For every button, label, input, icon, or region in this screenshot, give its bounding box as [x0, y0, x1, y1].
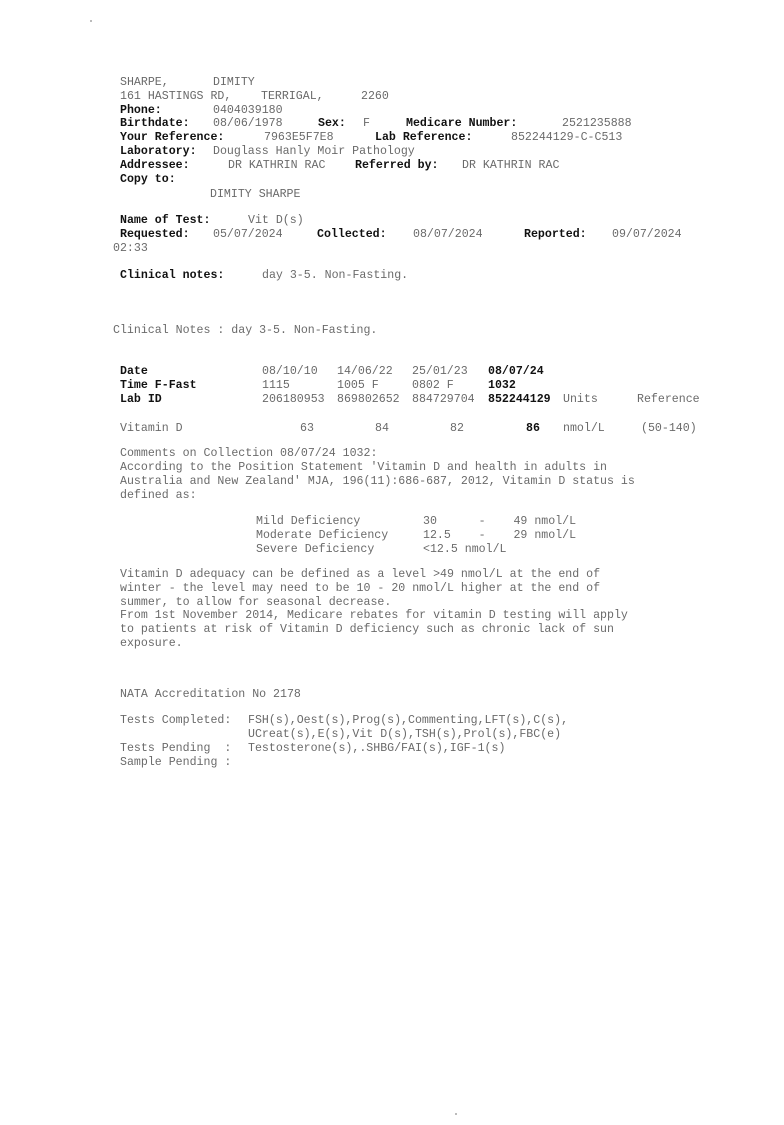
row-label-time: Time F-Fast: [120, 379, 197, 394]
clinical-notes-value: day 3-5. Non-Fasting.: [262, 269, 408, 284]
comments-intro-3: defined as:: [120, 489, 197, 504]
referred-by-value: DR KATHRIN RAC: [462, 159, 559, 174]
patient-given-name: DIMITY: [213, 76, 255, 91]
lab-reference-label: Lab Reference:: [375, 131, 472, 146]
tests-completed-1: FSH(s),Oest(s),Prog(s),Commenting,LFT(s)…: [248, 714, 568, 729]
col1-labid: 206180953: [262, 393, 325, 408]
col3-time: 0802 F: [412, 379, 454, 394]
address-postcode: 2260: [361, 90, 389, 105]
clinical-notes-line: Clinical Notes : day 3-5. Non-Fasting.: [113, 324, 377, 339]
adequacy-line-4: From 1st November 2014, Medicare rebates…: [120, 609, 628, 624]
deficiency-moderate-label: Moderate Deficiency: [256, 529, 388, 544]
adequacy-line-1: Vitamin D adequacy can be defined as a l…: [120, 568, 600, 583]
col1-value: 63: [300, 422, 314, 437]
units-value: nmol/L: [563, 422, 605, 437]
tests-completed-2: UCreat(s),E(s),Vit D(s),TSH(s),Prol(s),F…: [248, 728, 561, 743]
col2-time: 1005 F: [337, 379, 379, 394]
row-label-labid: Lab ID: [120, 393, 162, 408]
adequacy-line-2: winter - the level may need to be 10 - 2…: [120, 582, 600, 597]
birthdate-label: Birthdate:: [120, 117, 190, 132]
deficiency-moderate-range: 12.5 - 29 nmol/L: [423, 529, 576, 544]
requested-label: Requested:: [120, 228, 190, 243]
adequacy-line-5: to patients at risk of Vitamin D deficie…: [120, 623, 614, 638]
col2-date: 14/06/22: [337, 365, 393, 380]
addressee-value: DR KATHRIN RAC: [228, 159, 325, 174]
col3-labid: 884729704: [412, 393, 475, 408]
medicare-label: Medicare Number:: [406, 117, 517, 132]
deficiency-severe-label: Severe Deficiency: [256, 543, 374, 558]
col2-labid: 869802652: [337, 393, 400, 408]
reported-label: Reported:: [524, 228, 587, 243]
analyte-name: Vitamin D: [120, 422, 183, 437]
adequacy-line-6: exposure.: [120, 637, 183, 652]
copy-to-label: Copy to:: [120, 173, 176, 188]
your-reference-value: 7963E5F7E8: [264, 131, 334, 146]
deficiency-severe-range: <12.5 nmol/L: [423, 543, 507, 558]
deficiency-mild-label: Mild Deficiency: [256, 515, 360, 530]
collected-value: 08/07/2024: [413, 228, 483, 243]
nata-accreditation: NATA Accreditation No 2178: [120, 688, 301, 703]
col4-time: 1032: [488, 379, 516, 394]
referred-by-label: Referred by:: [355, 159, 439, 174]
laboratory-label: Laboratory:: [120, 145, 197, 160]
collected-label: Collected:: [317, 228, 387, 243]
comments-intro-1: According to the Position Statement 'Vit…: [120, 461, 607, 476]
laboratory-value: Douglass Hanly Moir Pathology: [213, 145, 415, 160]
scan-speck: [90, 20, 92, 22]
test-name-label: Name of Test:: [120, 214, 210, 229]
address-street: 161 HASTINGS RD,: [120, 90, 231, 105]
col4-value: 86: [526, 422, 540, 437]
col1-date: 08/10/10: [262, 365, 318, 380]
comments-heading: Comments on Collection 08/07/24 1032:: [120, 447, 377, 462]
tests-completed-label: Tests Completed:: [120, 714, 231, 729]
birthdate-value: 08/06/1978: [213, 117, 283, 132]
copy-to-value: DIMITY SHARPE: [210, 188, 300, 203]
col4-date: 08/07/24: [488, 365, 544, 380]
tests-pending-value: Testosterone(s),.SHBG/FAI(s),IGF-1(s): [248, 742, 505, 757]
reference-header: Reference: [637, 393, 700, 408]
col1-time: 1115: [262, 379, 290, 394]
reported-time: 02:33: [113, 242, 148, 257]
medicare-value: 2521235888: [562, 117, 632, 132]
comments-intro-2: Australia and New Zealand' MJA, 196(11):…: [120, 475, 635, 490]
patient-surname: SHARPE,: [120, 76, 169, 91]
your-reference-label: Your Reference:: [120, 131, 224, 146]
clinical-notes-label: Clinical notes:: [120, 269, 224, 284]
deficiency-mild-range: 30 - 49 nmol/L: [423, 515, 576, 530]
sex-label: Sex:: [318, 117, 346, 132]
addressee-label: Addressee:: [120, 159, 190, 174]
address-suburb: TERRIGAL,: [261, 90, 324, 105]
row-label-date: Date: [120, 365, 148, 380]
reference-value: (50-140): [641, 422, 697, 437]
lab-reference-value: 852244129-C-C513: [511, 131, 622, 146]
sex-value: F: [363, 117, 370, 132]
col4-labid: 852244129: [488, 393, 551, 408]
test-name-value: Vit D(s): [248, 214, 304, 229]
units-header: Units: [563, 393, 598, 408]
requested-value: 05/07/2024: [213, 228, 283, 243]
tests-pending-label: Tests Pending :: [120, 742, 231, 757]
col2-value: 84: [375, 422, 389, 437]
reported-value: 09/07/2024: [612, 228, 682, 243]
col3-value: 82: [450, 422, 464, 437]
scan-speck: [455, 1113, 457, 1115]
col3-date: 25/01/23: [412, 365, 468, 380]
sample-pending-label: Sample Pending :: [120, 756, 231, 771]
